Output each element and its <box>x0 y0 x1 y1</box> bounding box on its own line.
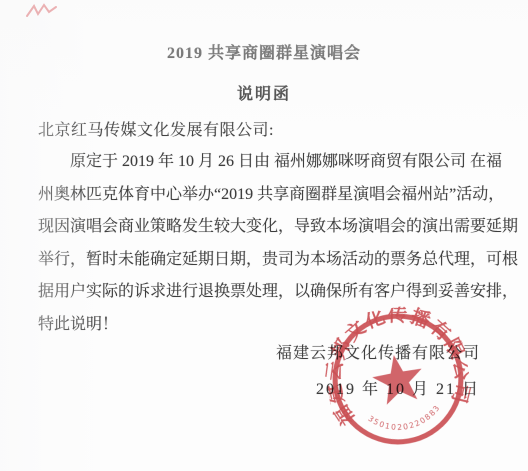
body-line-3: 现因演唱会商业策略发生较大变化，导致本场演唱会的演出需要延期 <box>38 211 490 244</box>
signature-company: 福建云邦文化传播有限公司 <box>276 340 480 363</box>
body-line-4: 举行，暂时未能确定延期日期，贵司为本场活动的票务总代理，可根 <box>38 244 490 277</box>
document-title: 2019 共享商圈群星演唱会 <box>0 0 528 63</box>
signature-date: 2019 年 10 月 21 日 <box>276 376 480 399</box>
salutation-line: 北京红马传媒文化发展有限公司: <box>0 117 528 140</box>
seal-serial-number: 3501020220883 <box>365 402 445 438</box>
body-line-1: 原定于 2019 年 10 月 26 日由 福州娜娜咪呀商贸有限公司 在福 <box>38 146 490 179</box>
signature-block: 福建云邦文化传播有限公司 2019 年 10 月 21 日 <box>276 340 480 399</box>
scanned-letter-page: 2019 共享商圈群星演唱会 说明函 北京红马传媒文化发展有限公司: 原定于 2… <box>0 0 528 471</box>
body-line-6: 特此说明！ <box>38 309 490 342</box>
body-line-5: 据用户实际的诉求进行退换票处理，以确保所有客户得到妥善安排， <box>38 276 490 309</box>
body-line-2: 州奥林匹克体育中心举办“2019 共享商圈群星演唱会福州站”活动， <box>38 179 490 212</box>
letter-body: 原定于 2019 年 10 月 26 日由 福州娜娜咪呀商贸有限公司 在福 州奥… <box>0 146 528 341</box>
document-subtitle: 说明函 <box>0 81 528 104</box>
